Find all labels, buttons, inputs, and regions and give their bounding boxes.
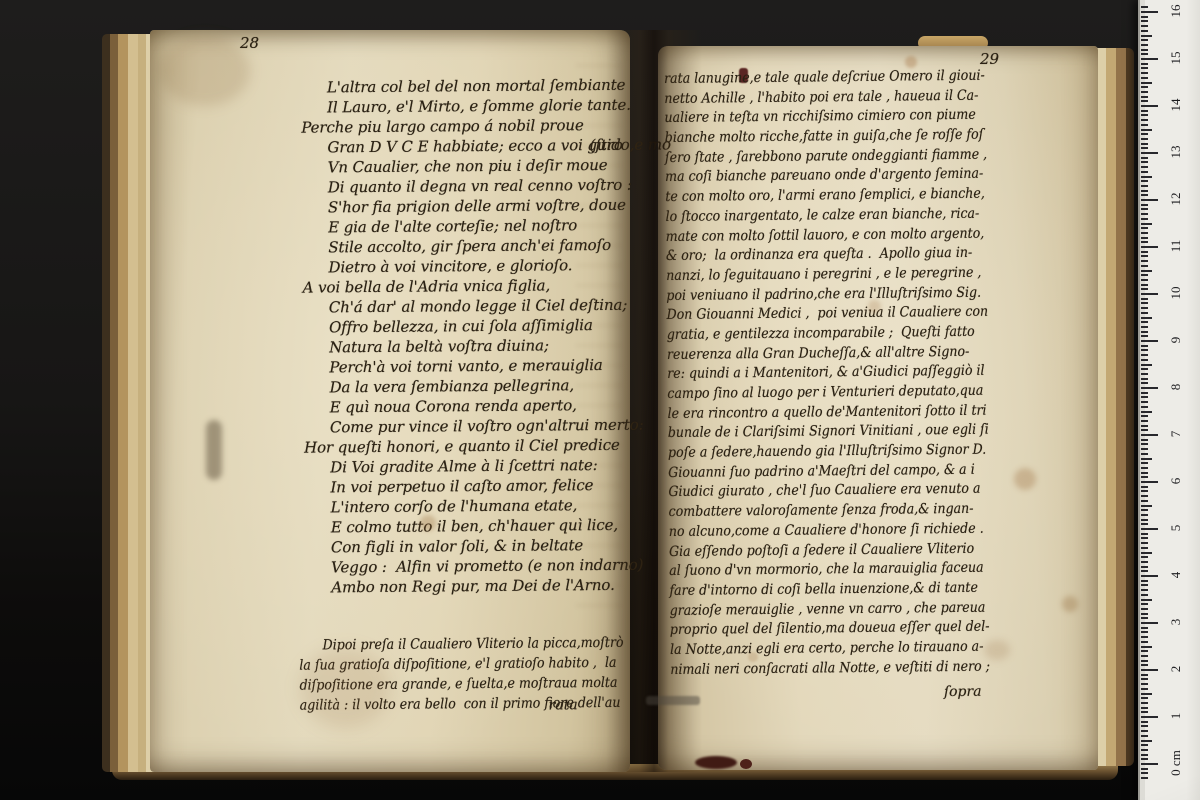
ruler-number: 14 bbox=[1168, 85, 1184, 125]
ruler-tick bbox=[1141, 740, 1152, 742]
ruler-tick bbox=[1141, 218, 1148, 220]
ruler-tick bbox=[1141, 246, 1158, 248]
ruler-tick bbox=[1141, 669, 1158, 671]
ruler-tick bbox=[1141, 655, 1148, 657]
ruler-tick bbox=[1141, 119, 1148, 121]
verse-line: Ambo non Regi pur, ma Dei de l'Arno. bbox=[258, 555, 628, 578]
ruler-tick bbox=[1141, 594, 1148, 596]
ruler-tick bbox=[1141, 82, 1152, 84]
ruler-tick bbox=[1141, 768, 1148, 770]
ruler-tick bbox=[1141, 171, 1148, 173]
ruler-tick bbox=[1141, 552, 1152, 554]
ruler-tick bbox=[1141, 16, 1148, 18]
ruler-tick bbox=[1141, 194, 1148, 196]
right-page-prose: rata lanugine,e tale quale deſcriue Omer… bbox=[664, 66, 1015, 680]
ruler-tick bbox=[1141, 547, 1148, 549]
ruler-tick bbox=[1141, 528, 1158, 530]
ruler-tick bbox=[1141, 129, 1152, 131]
ruler-tick bbox=[1141, 650, 1148, 652]
ruler-tick bbox=[1141, 147, 1148, 149]
ruler-tick bbox=[1141, 458, 1152, 460]
ruler-tick bbox=[1141, 453, 1148, 455]
ruler-tick bbox=[1141, 124, 1148, 126]
ruler-tick bbox=[1141, 636, 1148, 638]
ruler-tick bbox=[1141, 707, 1148, 709]
ruler-tick bbox=[1141, 683, 1148, 685]
ruler-tick bbox=[1141, 176, 1152, 178]
ruler-tick bbox=[1141, 213, 1148, 215]
ruler-number: 2 bbox=[1168, 649, 1184, 689]
ruler-tick bbox=[1141, 401, 1148, 403]
ruler-tick bbox=[1141, 298, 1148, 300]
ruler-tick bbox=[1141, 86, 1148, 88]
ruler-tick bbox=[1141, 114, 1148, 116]
ruler-tick bbox=[1141, 72, 1148, 74]
ruler-tick bbox=[1141, 63, 1148, 65]
ruler-tick bbox=[1141, 476, 1148, 478]
ruler-tick bbox=[1141, 490, 1148, 492]
ruler-tick bbox=[1141, 274, 1148, 276]
ruler-tick bbox=[1141, 697, 1148, 699]
ruler-tick bbox=[1141, 749, 1148, 751]
ruler-tick bbox=[1141, 627, 1148, 629]
ruler-tick bbox=[1141, 96, 1148, 98]
ruler-tick bbox=[1141, 443, 1148, 445]
ruler-tick bbox=[1141, 693, 1152, 695]
ruler-tick bbox=[1141, 462, 1148, 464]
ruler-tick bbox=[1141, 467, 1148, 469]
ruler-tick bbox=[1141, 500, 1148, 502]
ruler-tick bbox=[1141, 143, 1148, 145]
ruler-tick bbox=[1141, 265, 1148, 267]
ruler-tick bbox=[1141, 255, 1148, 257]
ruler-tick bbox=[1141, 603, 1148, 605]
ruler-tick bbox=[1141, 566, 1148, 568]
ruler-tick bbox=[1141, 20, 1148, 22]
ruler-tick bbox=[1141, 44, 1148, 46]
ruler-tick bbox=[1141, 514, 1148, 516]
ruler-tick bbox=[1141, 279, 1148, 281]
ruler-number: 0 cm bbox=[1168, 743, 1184, 783]
ruler-number: 12 bbox=[1168, 179, 1184, 219]
ruler-tick bbox=[1141, 284, 1148, 286]
ruler-tick bbox=[1141, 584, 1148, 586]
ruler-tick bbox=[1141, 415, 1148, 417]
ruler-tick bbox=[1141, 505, 1152, 507]
ruler-tick bbox=[1141, 161, 1148, 163]
ruler-tick bbox=[1141, 49, 1148, 51]
ruler: 161514131211109876543210 cm bbox=[1138, 0, 1200, 800]
ruler-tick bbox=[1141, 321, 1148, 323]
ruler-tick bbox=[1141, 237, 1148, 239]
ruler-tick bbox=[1141, 716, 1158, 718]
ruler-tick bbox=[1141, 364, 1152, 366]
prose-line: nimali neri conſacrati alla Notte, e veſ… bbox=[670, 657, 981, 680]
ruler-tick bbox=[1141, 77, 1148, 79]
ruler-tick bbox=[1141, 288, 1148, 290]
ruler-tick bbox=[1141, 744, 1148, 746]
ruler-tick bbox=[1141, 340, 1158, 342]
ruler-number: 15 bbox=[1168, 38, 1184, 78]
ruler-tick bbox=[1141, 373, 1148, 375]
ruler-tick bbox=[1141, 166, 1148, 168]
ruler-tick bbox=[1141, 678, 1148, 680]
ruler-tick bbox=[1141, 772, 1148, 774]
ruler-tick bbox=[1141, 481, 1158, 483]
left-page-verse: L'altra col bel del non mortal ſembiante… bbox=[254, 55, 629, 578]
ruler-tick bbox=[1141, 420, 1148, 422]
ruler-tick bbox=[1141, 312, 1148, 314]
ruler-tick bbox=[1141, 622, 1158, 624]
ruler-tick bbox=[1141, 30, 1148, 32]
ruler-tick bbox=[1141, 570, 1148, 572]
ruler-tick bbox=[1141, 523, 1148, 525]
ruler-tick bbox=[1141, 599, 1152, 601]
prose-line-text: agilità : il volto era bello con il prim… bbox=[300, 695, 621, 714]
ruler-tick bbox=[1141, 11, 1158, 13]
ruler-tick bbox=[1141, 486, 1148, 488]
ruler-number: 3 bbox=[1168, 602, 1184, 642]
faded-stamp-smudge bbox=[646, 696, 700, 705]
ruler-tick bbox=[1141, 472, 1148, 474]
ruler-tick bbox=[1141, 519, 1148, 521]
ruler-tick bbox=[1141, 335, 1148, 337]
ruler-tick bbox=[1141, 58, 1158, 60]
ruler-number: 11 bbox=[1168, 226, 1184, 266]
ruler-tick bbox=[1141, 157, 1148, 159]
ruler-tick bbox=[1141, 537, 1148, 539]
ruler-tick bbox=[1141, 326, 1148, 328]
ruler-tick bbox=[1141, 382, 1148, 384]
ruler-tick bbox=[1141, 688, 1148, 690]
ruler-tick bbox=[1141, 711, 1148, 713]
ruler-tick bbox=[1141, 190, 1148, 192]
ruler-tick bbox=[1141, 406, 1148, 408]
catchword-right: ſopra bbox=[670, 682, 1015, 706]
ruler-number: 1 bbox=[1168, 696, 1184, 736]
ruler-tick bbox=[1141, 251, 1148, 253]
ruler-tick bbox=[1141, 674, 1148, 676]
ruler-number: 7 bbox=[1168, 414, 1184, 454]
ruler-tick bbox=[1141, 613, 1148, 615]
ruler-tick bbox=[1141, 556, 1148, 558]
ruler-tick bbox=[1141, 777, 1148, 779]
ruler-tick bbox=[1141, 307, 1148, 309]
ruler-tick bbox=[1141, 349, 1148, 351]
ruler-tick bbox=[1141, 439, 1148, 441]
ruler-tick bbox=[1141, 387, 1158, 389]
left-page-prose: Dipoi preſa il Caualiero Vliterio la pic… bbox=[259, 613, 630, 696]
ruler-tick bbox=[1141, 317, 1152, 319]
ruler-tick bbox=[1141, 608, 1148, 610]
ruler-number: 13 bbox=[1168, 132, 1184, 172]
ruler-tick bbox=[1141, 152, 1158, 154]
ruler-tick bbox=[1141, 105, 1158, 107]
ruler-tick bbox=[1141, 664, 1148, 666]
ruler-tick bbox=[1141, 580, 1148, 582]
ruler-tick bbox=[1141, 617, 1148, 619]
spine-glimpse-bottom bbox=[695, 756, 737, 769]
ruler-number: 9 bbox=[1168, 320, 1184, 360]
ruler-number: 6 bbox=[1168, 461, 1184, 501]
ruler-number: 16 bbox=[1168, 0, 1184, 31]
ruler-tick bbox=[1141, 495, 1148, 497]
ruler-tick bbox=[1141, 561, 1148, 563]
ruler-tick bbox=[1141, 25, 1148, 27]
ruler-tick bbox=[1141, 241, 1148, 243]
book-photo-scene: 28 29 L'altra col bel del non mortal ſem… bbox=[0, 0, 1200, 800]
ruler-tick bbox=[1141, 392, 1148, 394]
ruler-tick bbox=[1141, 448, 1148, 450]
ruler-tick bbox=[1141, 735, 1148, 737]
ruler-tick bbox=[1141, 6, 1148, 8]
ruler-tick bbox=[1141, 754, 1148, 756]
ruler-tick bbox=[1141, 660, 1148, 662]
ruler-tick bbox=[1141, 180, 1148, 182]
ruler-tick bbox=[1141, 199, 1158, 201]
ruler-tick bbox=[1141, 763, 1158, 765]
ruler-tick bbox=[1141, 100, 1148, 102]
ruler-tick bbox=[1141, 396, 1148, 398]
ruler-number: 4 bbox=[1168, 555, 1184, 595]
ruler-tick bbox=[1141, 641, 1148, 643]
ruler-tick bbox=[1141, 354, 1148, 356]
ruler-tick bbox=[1141, 589, 1148, 591]
ruler-tick bbox=[1141, 223, 1152, 225]
ruler-tick bbox=[1141, 345, 1148, 347]
ruler-tick bbox=[1141, 378, 1148, 380]
ruler-tick bbox=[1141, 411, 1152, 413]
book-right-page-edges bbox=[1096, 48, 1134, 766]
ruler-tick bbox=[1141, 575, 1158, 577]
ruler-tick bbox=[1141, 725, 1148, 727]
ruler-tick bbox=[1141, 133, 1148, 135]
spine-glimpse-bottom-2 bbox=[740, 759, 752, 769]
page-number-right: 29 bbox=[980, 50, 999, 68]
ruler-tick bbox=[1141, 227, 1148, 229]
ruler-tick bbox=[1141, 208, 1148, 210]
ruler-tick bbox=[1141, 509, 1148, 511]
ruler-tick bbox=[1141, 758, 1148, 760]
ruler-tick bbox=[1141, 368, 1148, 370]
ruler-tick bbox=[1141, 631, 1148, 633]
verse-line-text: Ambo non Regi pur, ma Dei de l'Arno. bbox=[331, 576, 615, 596]
left-page-text: L'altra col bel del non mortal ſembiante… bbox=[254, 55, 630, 718]
ruler-tick bbox=[1141, 542, 1148, 544]
ruler-tick bbox=[1141, 204, 1148, 206]
ruler-tick bbox=[1141, 702, 1148, 704]
right-page-text: rata lanugine,e tale quale deſcriue Omer… bbox=[664, 66, 1016, 705]
ruler-tick bbox=[1141, 91, 1148, 93]
ruler-tick bbox=[1141, 533, 1148, 535]
ruler-tick bbox=[1141, 721, 1148, 723]
ruler-tick bbox=[1141, 646, 1152, 648]
ruler-tick bbox=[1141, 53, 1148, 55]
ruler-tick bbox=[1141, 260, 1148, 262]
ruler-tick bbox=[1141, 39, 1148, 41]
ruler-number: 8 bbox=[1168, 367, 1184, 407]
prose-line: agilità : il volto era bello con il prim… bbox=[259, 673, 592, 696]
ruler-tick bbox=[1141, 67, 1148, 69]
ruler-tick bbox=[1141, 185, 1148, 187]
ruler-tick bbox=[1141, 35, 1152, 37]
ruler-tick bbox=[1141, 359, 1148, 361]
ruler-tick bbox=[1141, 232, 1148, 234]
ruler-tick bbox=[1141, 434, 1158, 436]
ruler-tick bbox=[1141, 425, 1148, 427]
page-number-left: 28 bbox=[240, 34, 259, 52]
ruler-tick bbox=[1141, 110, 1148, 112]
ruler-tick bbox=[1141, 138, 1148, 140]
ruler-tick bbox=[1141, 270, 1152, 272]
ruler-tick bbox=[1141, 331, 1148, 333]
ruler-number: 10 bbox=[1168, 273, 1184, 313]
ruler-tick bbox=[1141, 429, 1148, 431]
ruler-number: 5 bbox=[1168, 508, 1184, 548]
ruler-tick bbox=[1141, 730, 1148, 732]
verse-line-turnover: (ſtro bbox=[590, 135, 623, 155]
ruler-tick bbox=[1141, 302, 1148, 304]
ruler-tick bbox=[1141, 293, 1158, 295]
